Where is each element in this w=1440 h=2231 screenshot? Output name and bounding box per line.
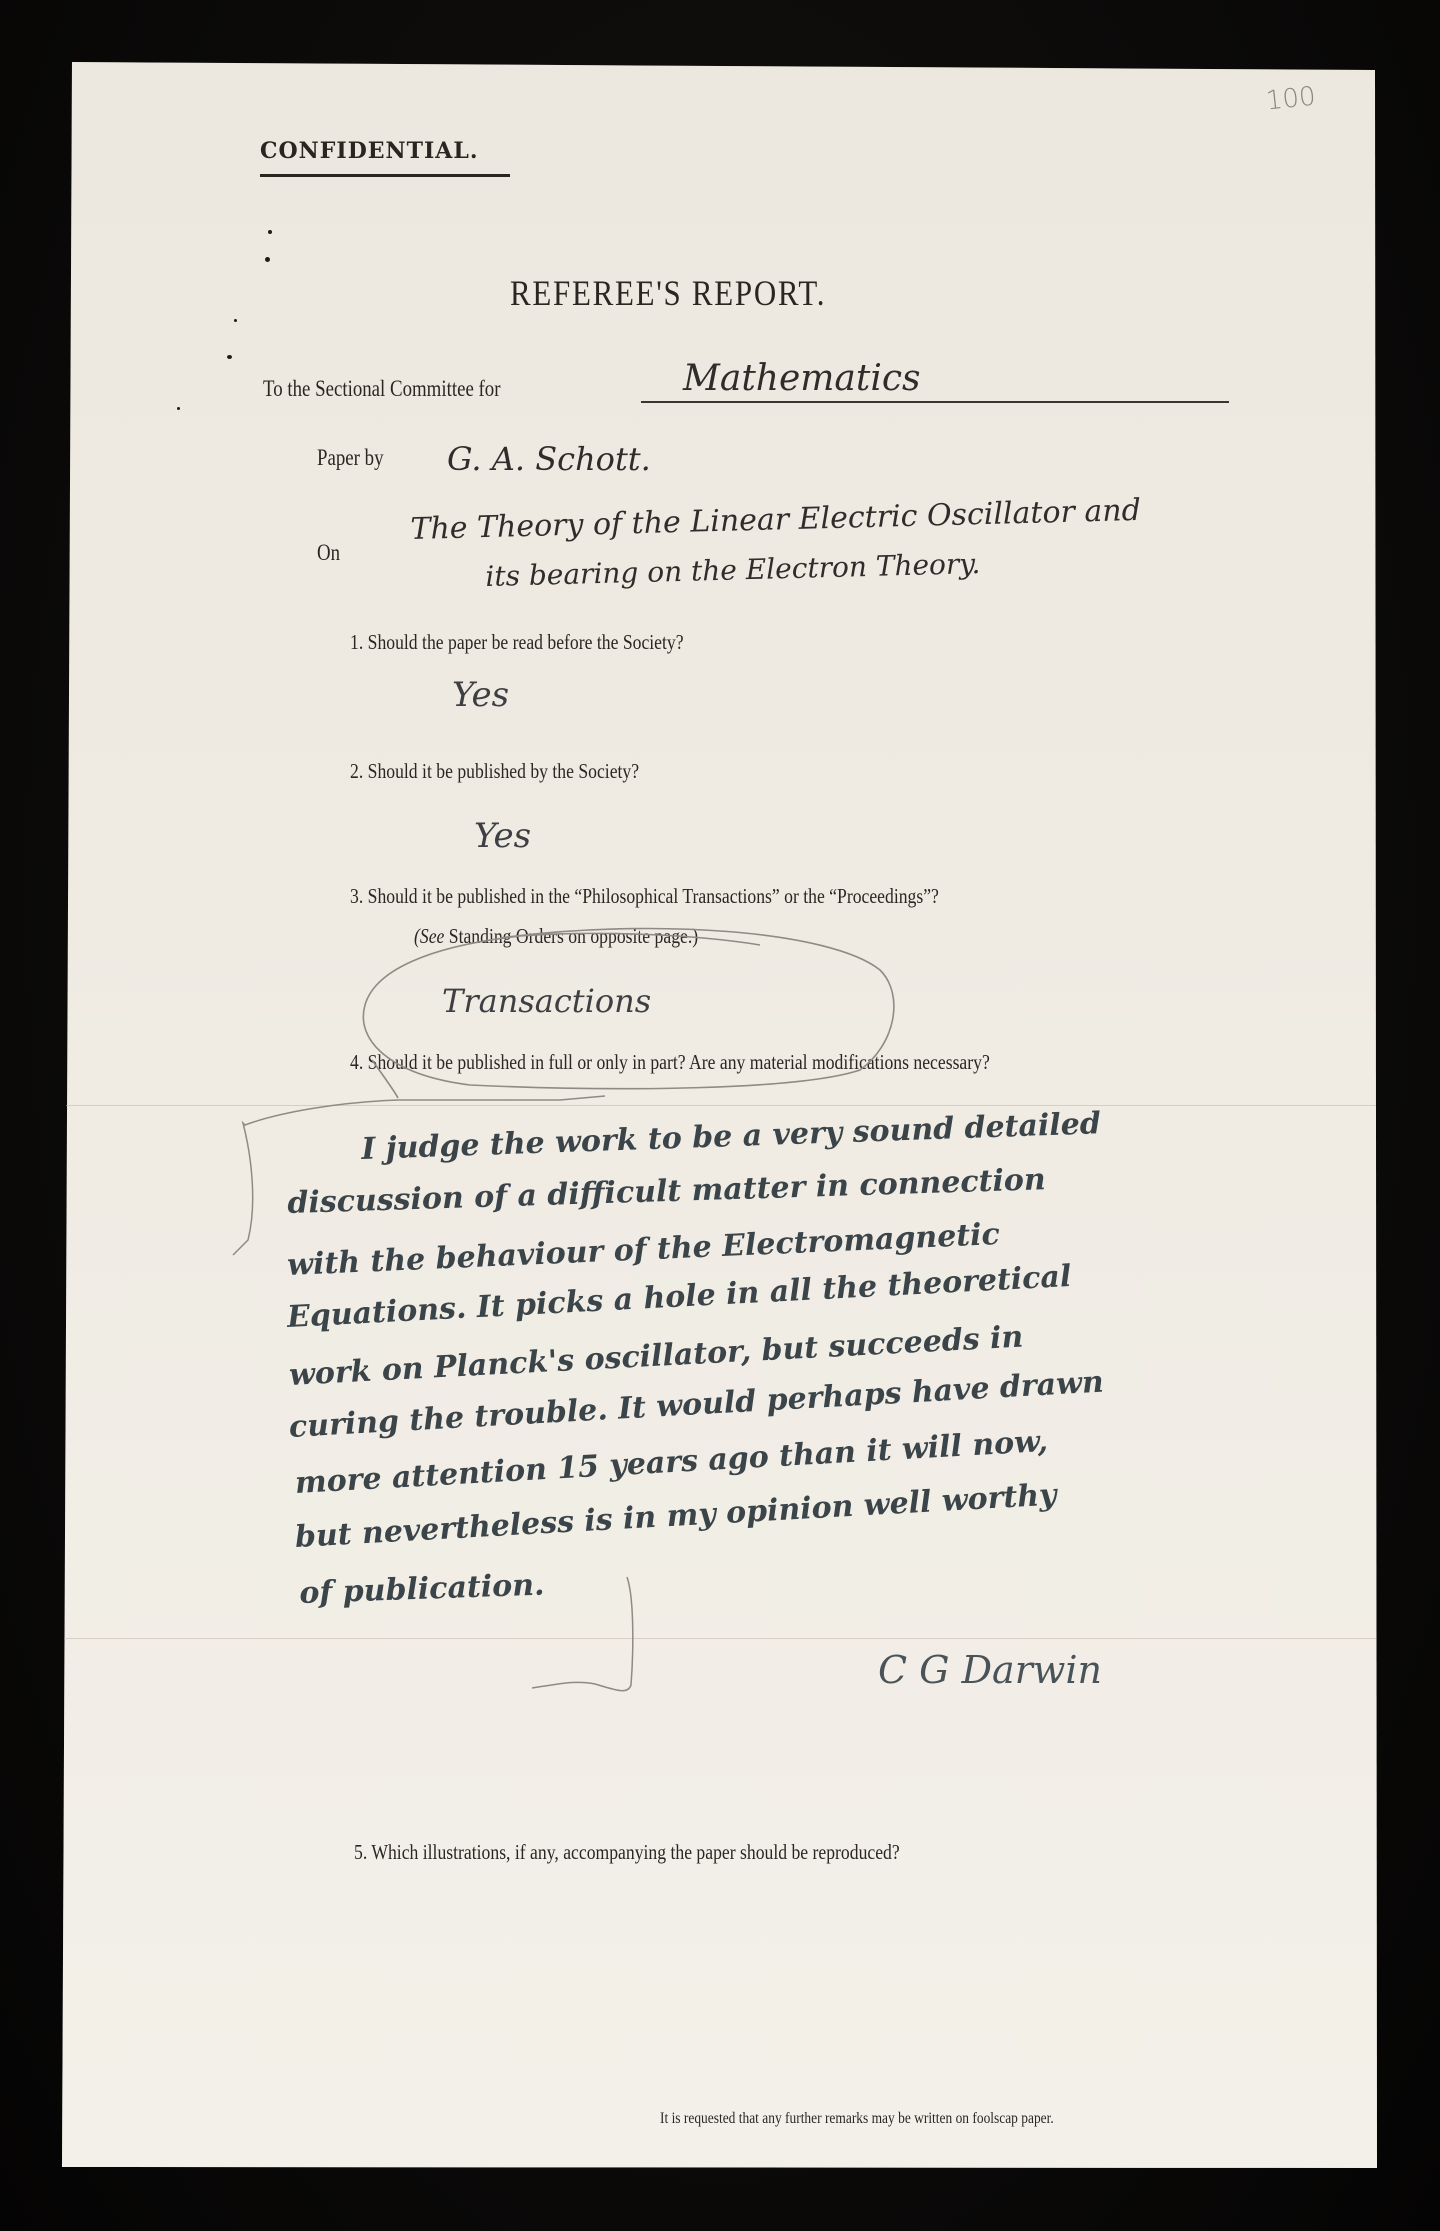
question-number: 4.	[350, 1050, 363, 1074]
confidential-underline	[260, 174, 510, 177]
on-label: On	[317, 540, 340, 566]
question-4: 4. Should it be published in full or onl…	[350, 1050, 990, 1075]
question-number: 5.	[354, 1840, 367, 1864]
answer-3: Transactions	[442, 982, 651, 1020]
question-text: Should it be published in full or only i…	[368, 1050, 990, 1074]
fold-line-lower	[64, 1638, 1376, 1639]
question-3-note: (See Standing Orders on opposite page.)	[414, 924, 698, 949]
referee-signature: C G Darwin	[878, 1648, 1102, 1692]
question-number: 2.	[350, 759, 363, 783]
punch-mark	[177, 407, 180, 410]
question-2: 2. Should it be published by the Society…	[350, 759, 639, 784]
fold-line-upper	[66, 1105, 1376, 1106]
question-text: Should the paper be read before the Soci…	[368, 630, 684, 654]
page-number: 100	[1265, 81, 1318, 116]
question-text: Should it be published by the Society?	[368, 759, 639, 783]
punch-mark	[227, 355, 232, 359]
question-text: Which illustrations, if any, accompanyin…	[371, 1840, 899, 1864]
question-3: 3. Should it be published in the “Philos…	[350, 884, 939, 909]
punch-mark	[268, 230, 272, 234]
confidential-label: CONFIDENTIAL.	[260, 138, 479, 164]
committee-label: To the Sectional Committee for	[263, 376, 501, 402]
paper-author: G. A. Schott.	[447, 440, 651, 478]
committee-value: Mathematics	[683, 358, 921, 399]
page-title: REFEREE'S REPORT.	[510, 272, 826, 314]
question-text: Should it be published in the “Philosoph…	[368, 884, 939, 908]
note-prefix: (See	[414, 924, 444, 948]
footer-note: It is requested that any further remarks…	[660, 2110, 1054, 2128]
answer-1: Yes	[452, 675, 509, 715]
paper-by-label: Paper by	[317, 445, 384, 471]
question-number: 1.	[350, 630, 363, 654]
question-5: 5. Which illustrations, if any, accompan…	[354, 1840, 900, 1865]
punch-mark	[265, 257, 270, 262]
question-1: 1. Should the paper be read before the S…	[350, 630, 684, 655]
answer-2: Yes	[474, 816, 531, 856]
note-text: Standing Orders on opposite page.)	[449, 924, 698, 948]
question-number: 3.	[350, 884, 363, 908]
punch-mark	[234, 319, 237, 322]
committee-blank	[641, 401, 1229, 403]
paper-shading	[0, 0, 1440, 2231]
